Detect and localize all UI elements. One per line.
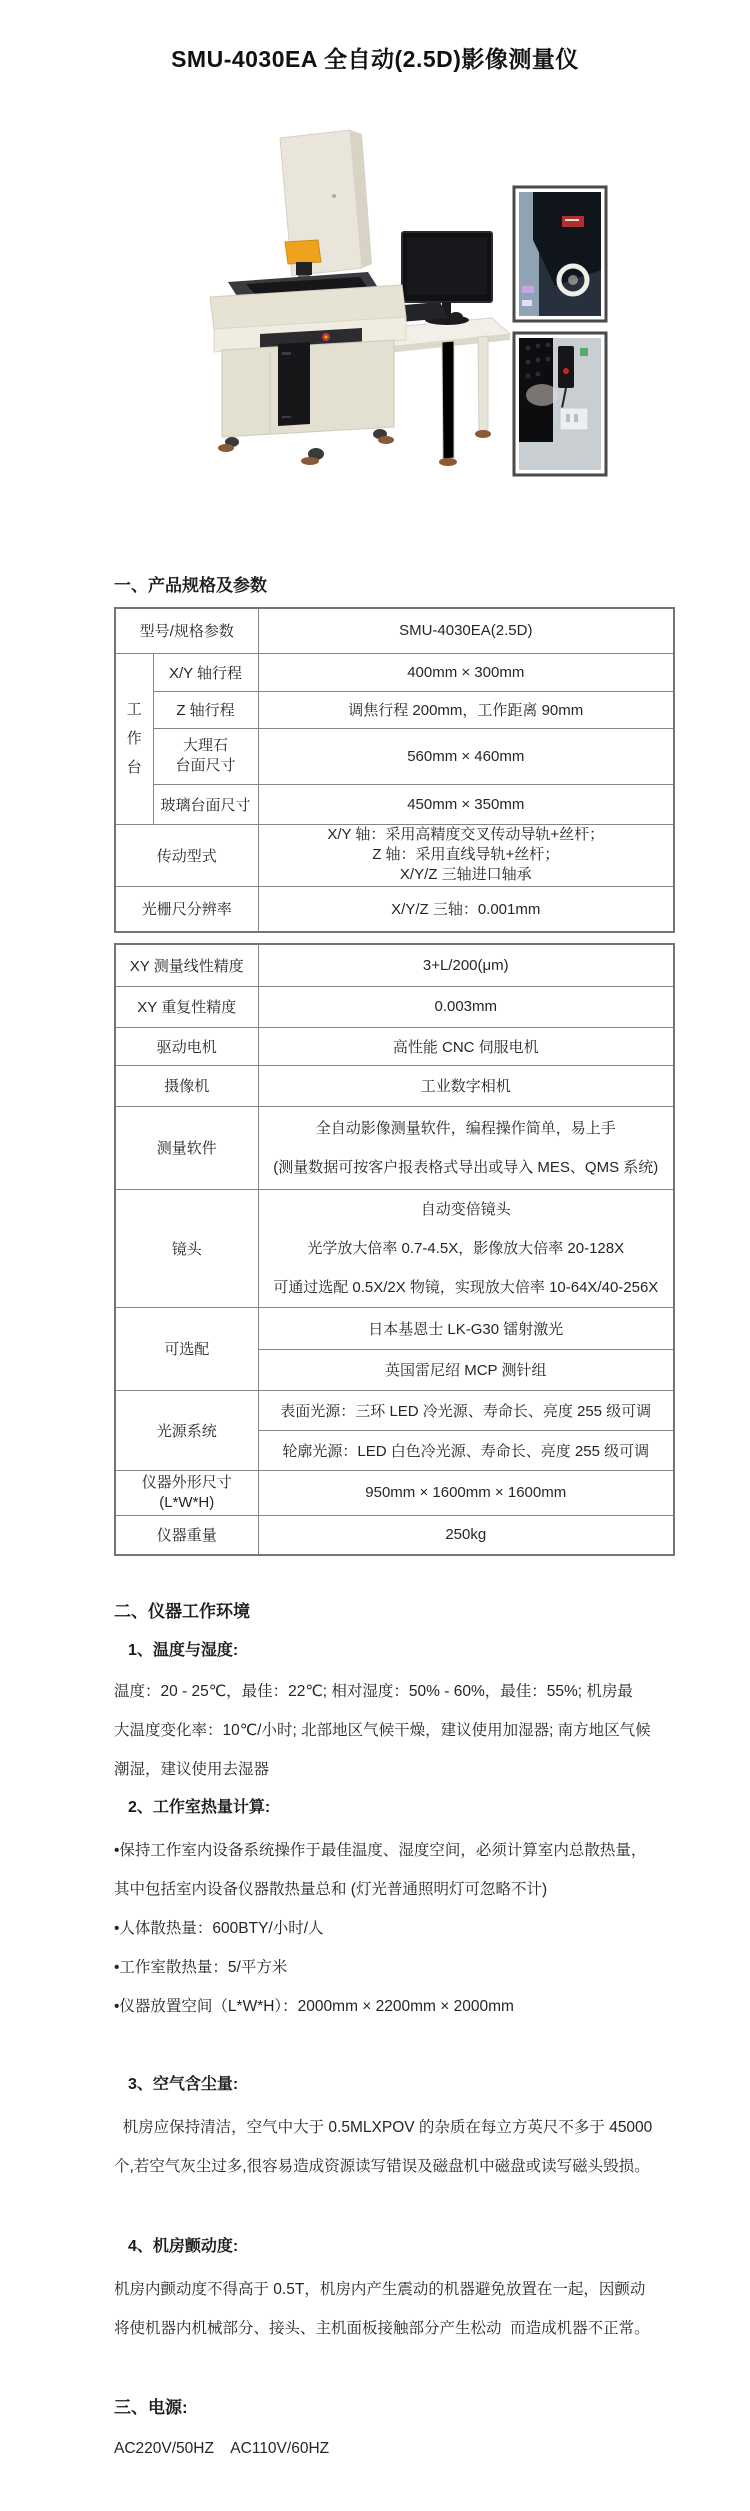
row-value: 调焦行程 200mm，工作距离 90mm <box>258 691 674 728</box>
table-row: 玻璃台面尺寸 450mm × 350mm <box>115 784 674 824</box>
row-label: 摄像机 <box>115 1065 258 1106</box>
row-value: 英国雷尼绍 MCP 测针组 <box>258 1349 674 1390</box>
table-row: 光源系统 表面光源：三环 LED 冷光源、寿命长、亮度 255 级可调 <box>115 1390 674 1430</box>
inset-photo-bottom <box>514 333 606 475</box>
spec-table-accuracy: XY 测量线性精度 3+L/200(μm) XY 重复性精度 0.003mm 驱… <box>114 943 675 1556</box>
table-row: 光栅尺分辨率 X/Y/Z 三轴：0.001mm <box>115 886 674 932</box>
table-row: 大理石 台面尺寸 560mm × 460mm <box>115 728 674 784</box>
row-label: 仪器重量 <box>115 1515 258 1555</box>
row-value: 表面光源：三环 LED 冷光源、寿命长、亮度 255 级可调 <box>258 1390 674 1430</box>
cabinet-illustration <box>214 317 406 465</box>
row-value: 日本基恩士 LK-G30 镭射激光 <box>258 1307 674 1349</box>
row-label: 镜头 <box>115 1189 258 1307</box>
document-page: SMU-4030EA 全自动(2.5D)影像测量仪 <box>0 0 750 2511</box>
row-value: SMU-4030EA(2.5D) <box>258 608 674 653</box>
inset-photo-top <box>514 187 606 321</box>
table-row: 工 作 台 X/Y 轴行程 400mm × 300mm <box>115 653 674 691</box>
row-value: X/Y 轴：采用高精度交叉传动导轨+丝杆； Z 轴：采用直线导轨+丝杆； X/Y… <box>258 824 674 886</box>
row-value: 950mm × 1600mm × 1600mm <box>258 1470 674 1515</box>
subheading-temperature: 1、温度与湿度: <box>114 1640 675 1662</box>
row-label: Z 轴行程 <box>153 691 258 728</box>
row-label: 可选配 <box>115 1307 258 1390</box>
section-heading-specs: 一、产品规格及参数 <box>114 574 675 598</box>
mouse-illustration <box>449 312 463 322</box>
table-row: 仪器重量 250kg <box>115 1515 674 1555</box>
row-label: 驱动电机 <box>115 1027 258 1065</box>
vibration-paragraph: 机房内颤动度不得高于 0.5T，机房内产生震动的机器避免放置在一起，因颤动 将使… <box>114 2270 675 2348</box>
temperature-paragraph: 温度：20 - 25℃，最佳：22℃; 相对湿度：50% - 60%，最佳：55… <box>114 1672 675 1789</box>
table-row: 镜头 自动变倍镜头 光学放大倍率 0.7-4.5X，影像放大倍率 20-128X… <box>115 1189 674 1307</box>
product-figure <box>0 90 750 530</box>
table-row: 驱动电机 高性能 CNC 伺服电机 <box>115 1027 674 1065</box>
row-label: 型号/规格参数 <box>115 608 258 653</box>
row-value: 0.003mm <box>258 986 674 1027</box>
row-value: 高性能 CNC 伺服电机 <box>258 1027 674 1065</box>
content-column: 一、产品规格及参数 型号/规格参数 SMU-4030EA(2.5D) 工 作 台… <box>114 574 675 2464</box>
heat-paragraph: •保持工作室内设备系统操作于最佳温度、湿度空间，必须计算室内总散热量， 其中包括… <box>114 1831 675 2026</box>
page-title: SMU-4030EA 全自动(2.5D)影像测量仪 <box>0 42 750 76</box>
row-value: 560mm × 460mm <box>258 728 674 784</box>
row-label: X/Y 轴行程 <box>153 653 258 691</box>
row-value: X/Y/Z 三轴：0.001mm <box>258 886 674 932</box>
table-row: 摄像机 工业数字相机 <box>115 1065 674 1106</box>
row-value: 250kg <box>258 1515 674 1555</box>
row-value: 轮廓光源：LED 白色冷光源、寿命长、亮度 255 级可调 <box>258 1430 674 1470</box>
table-row: 可选配 日本基恩士 LK-G30 镭射激光 <box>115 1307 674 1349</box>
row-label: 光源系统 <box>115 1390 258 1470</box>
row-value: 自动变倍镜头 光学放大倍率 0.7-4.5X，影像放大倍率 20-128X 可通… <box>258 1189 674 1307</box>
row-label: 仪器外形尺寸 (L*W*H) <box>115 1470 258 1515</box>
row-label: 传动型式 <box>115 824 258 886</box>
subheading-dust: 3、空气含尘量: <box>114 2074 675 2096</box>
section-heading-environment: 二、仪器工作环境 <box>114 1600 675 1624</box>
row-label: 光栅尺分辨率 <box>115 886 258 932</box>
machine-column-illustration <box>280 130 372 279</box>
table-row: 仪器外形尺寸 (L*W*H) 950mm × 1600mm × 1600mm <box>115 1470 674 1515</box>
row-value: 工业数字相机 <box>258 1065 674 1106</box>
row-label: 玻璃台面尺寸 <box>153 784 258 824</box>
row-label: 大理石 台面尺寸 <box>153 728 258 784</box>
subheading-vibration: 4、机房颤动度: <box>114 2236 675 2258</box>
dust-paragraph: 机房应保持清洁，空气中大于 0.5MLXPOV 的杂质在每立方英尺不多于 450… <box>114 2108 675 2186</box>
product-photo-illustration <box>110 90 630 530</box>
subheading-heat: 2、工作室热量计算: <box>114 1797 675 1819</box>
spec-table-main: 型号/规格参数 SMU-4030EA(2.5D) 工 作 台 X/Y 轴行程 4… <box>114 607 675 933</box>
section-heading-power: 三、电源: <box>114 2396 675 2420</box>
row-value: 400mm × 300mm <box>258 653 674 691</box>
power-value: AC220V/50HZ AC110V/60HZ <box>114 2434 675 2464</box>
table-row: 型号/规格参数 SMU-4030EA(2.5D) <box>115 608 674 653</box>
row-label: 测量软件 <box>115 1106 258 1189</box>
row-value: 450mm × 350mm <box>258 784 674 824</box>
worktable-group-label: 工 作 台 <box>115 653 153 824</box>
table-row: XY 测量线性精度 3+L/200(μm) <box>115 944 674 986</box>
table-row: 测量软件 全自动影像测量软件，编程操作简单，易上手 (测量数据可按客户报表格式导… <box>115 1106 674 1189</box>
table-row: Z 轴行程 调焦行程 200mm，工作距离 90mm <box>115 691 674 728</box>
row-label: XY 重复性精度 <box>115 986 258 1027</box>
table-row: XY 重复性精度 0.003mm <box>115 986 674 1027</box>
table-row: 传动型式 X/Y 轴：采用高精度交叉传动导轨+丝杆； Z 轴：采用直线导轨+丝杆… <box>115 824 674 886</box>
row-value: 全自动影像测量软件，编程操作简单，易上手 (测量数据可按客户报表格式导出或导入 … <box>258 1106 674 1189</box>
row-label: XY 测量线性精度 <box>115 944 258 986</box>
row-value: 3+L/200(μm) <box>258 944 674 986</box>
